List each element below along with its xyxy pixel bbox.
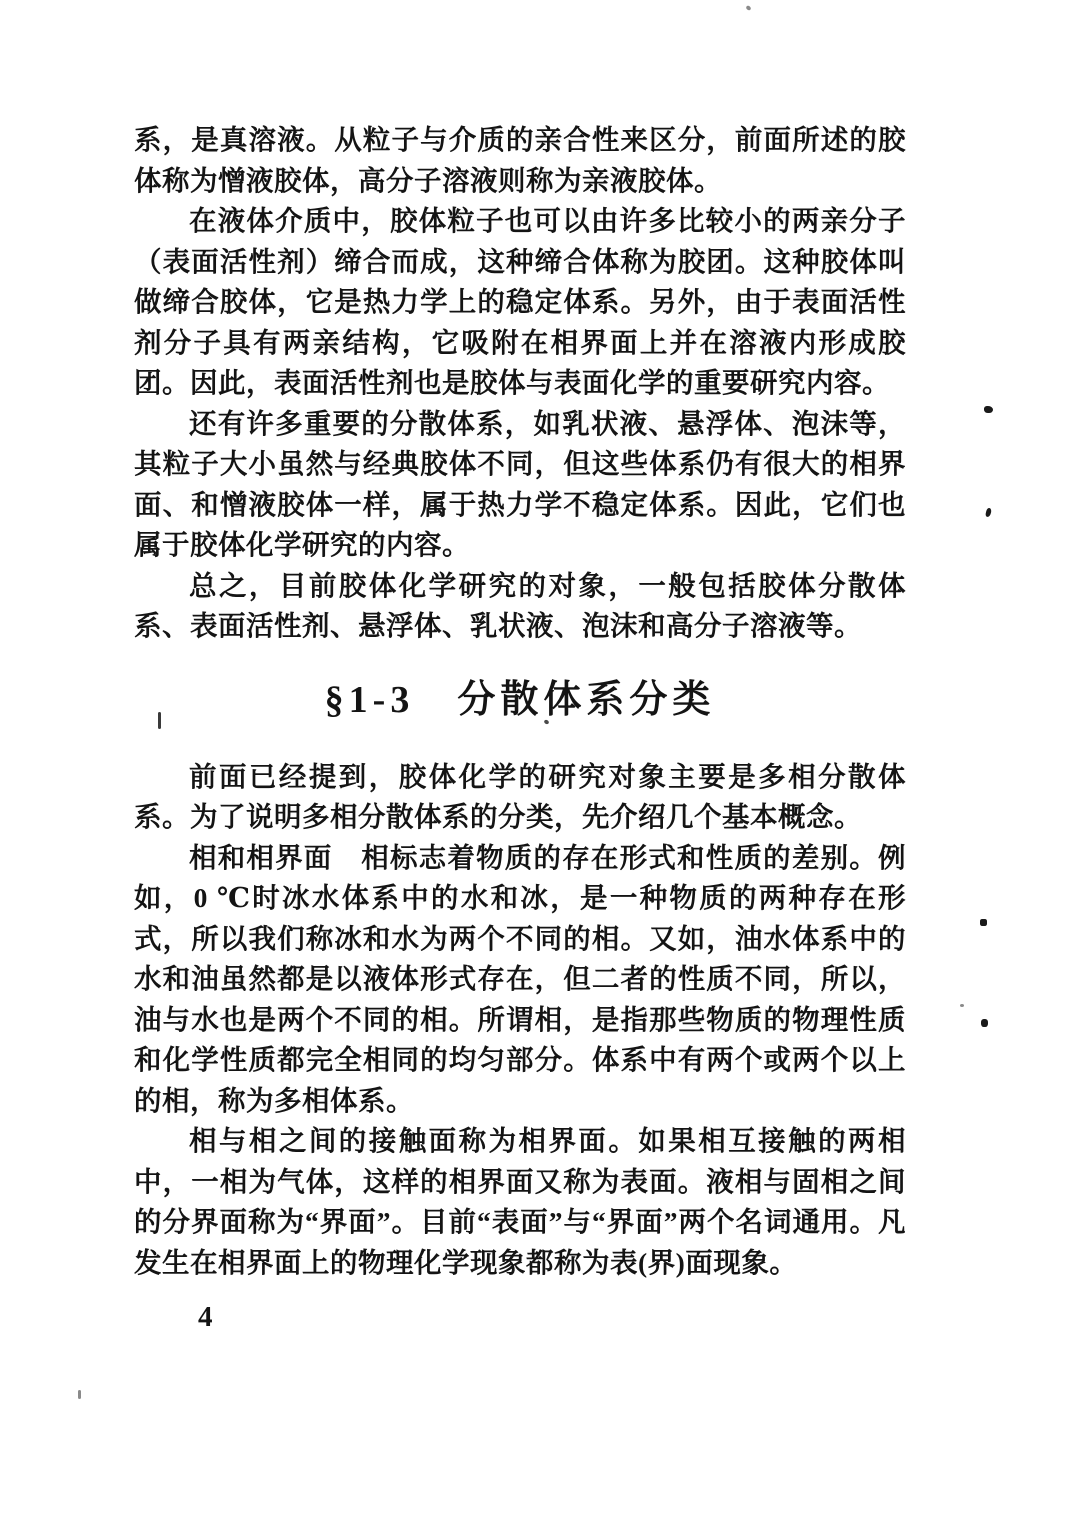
scan-speck — [158, 712, 161, 729]
paragraph: 总之，目前胶体化学研究的对象，一般包括胶体分散体系、表面活性剂、悬浮体、乳状液、… — [134, 566, 906, 647]
scan-speck — [981, 1019, 988, 1027]
page-number: 4 — [198, 1297, 906, 1337]
scan-speck — [960, 1004, 964, 1007]
paragraph: 还有许多重要的分散体系，如乳状液、悬浮体、泡沫等，其粒子大小虽然与经典胶体不同，… — [134, 404, 906, 566]
scan-speck — [745, 5, 751, 11]
scan-speck — [78, 1390, 81, 1399]
scan-speck — [980, 919, 987, 926]
scan-speck — [984, 406, 993, 413]
paragraph-continuation: 系，是真溶液。从粒子与介质的亲合性来区分，前面所述的胶体称为憎液胶体，高分子溶液… — [134, 120, 906, 201]
paragraph: 在液体介质中，胶体粒子也可以由许多比较小的两亲分子（表面活性剂）缔合而成，这种缔… — [134, 201, 906, 404]
paragraph: 相与相之间的接触面称为相界面。如果相互接触的两相中，一相为气体，这样的相界面又称… — [134, 1121, 906, 1283]
paragraph: 前面已经提到，胶体化学的研究对象主要是多相分散体系。为了说明多相分散体系的分类，… — [134, 757, 906, 838]
run-in-heading: 相和相界面 — [189, 842, 361, 873]
section-heading: §1-3 分散体系分类 — [134, 677, 906, 723]
scan-speck — [985, 508, 992, 518]
paragraph-text: 相标志着物质的存在形式和性质的差别。例如，0 ℃时冰水体系中的水和冰，是一种物质… — [134, 842, 906, 1116]
paragraph-with-runin-heading: 相和相界面 相标志着物质的存在形式和性质的差别。例如，0 ℃时冰水体系中的水和冰… — [134, 838, 906, 1122]
page-body: 系，是真溶液。从粒子与介质的亲合性来区分，前面所述的胶体称为憎液胶体，高分子溶液… — [134, 120, 906, 1337]
scanned-book-page: 系，是真溶液。从粒子与介质的亲合性来区分，前面所述的胶体称为憎液胶体，高分子溶液… — [0, 0, 1080, 1526]
